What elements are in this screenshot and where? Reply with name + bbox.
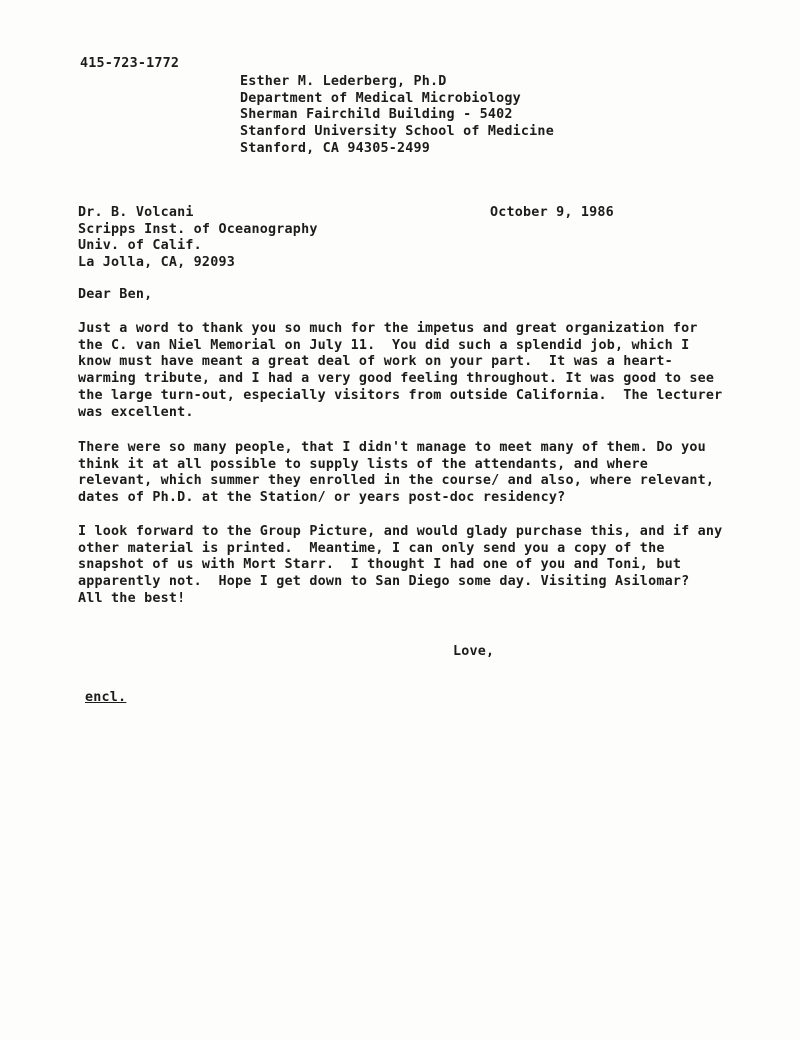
recipient-address-block: Dr. B. Volcani Scripps Inst. of Oceanogr… [78, 205, 318, 272]
enclosure-note: encl. [85, 690, 126, 707]
body-paragraph-2: There were so many people, that I didn't… [78, 440, 714, 507]
salutation: Dear Ben, [78, 287, 152, 304]
closing-valediction: Love, [453, 644, 494, 661]
body-paragraph-1: Just a word to thank you so much for the… [78, 321, 722, 421]
letter-date: October 9, 1986 [490, 205, 614, 222]
sender-phone: 415-723-1772 [80, 56, 179, 73]
letter-page: 415-723-1772 Esther M. Lederberg, Ph.D D… [0, 0, 800, 1040]
body-paragraph-3: I look forward to the Group Picture, and… [78, 524, 722, 608]
sender-address-block: Esther M. Lederberg, Ph.D Department of … [240, 74, 554, 158]
